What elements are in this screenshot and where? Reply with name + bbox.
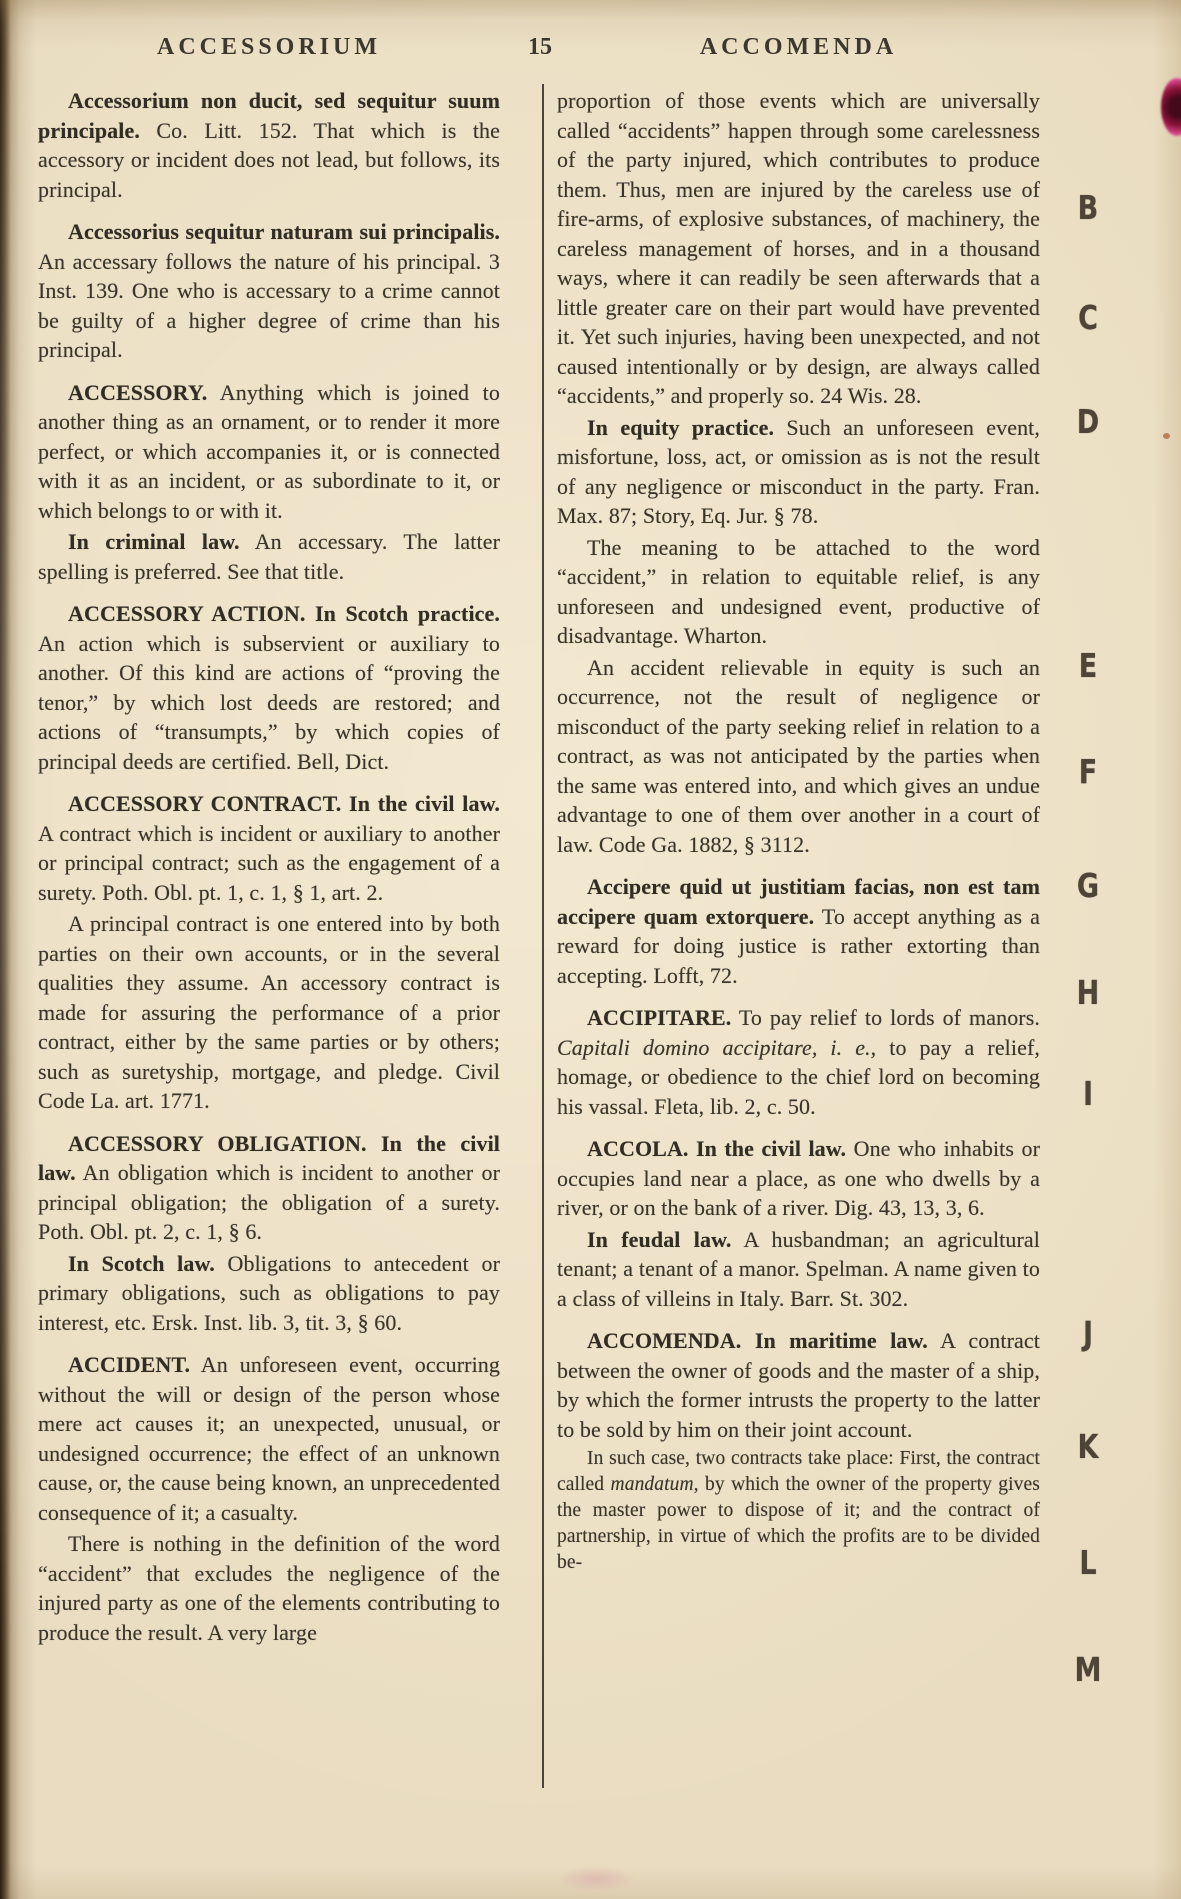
headword-text: ACCOMENDA. In maritime law. xyxy=(587,1328,928,1353)
paragraph: ACCIPITARE. To pay relief to lords of ma… xyxy=(557,1003,1040,1121)
headword-text: In equity practice. xyxy=(587,415,774,440)
paragraph: In criminal law. An accessary. The latte… xyxy=(38,527,500,586)
paragraph: Accessorius sequitur naturam sui princip… xyxy=(38,217,500,365)
headword-text: In criminal law. xyxy=(68,529,240,554)
thumb-index-letter-j: J xyxy=(1068,1314,1107,1353)
body-text: An unforeseen event, occurring without t… xyxy=(38,1352,500,1525)
body-text: There is nothing in the definition of th… xyxy=(38,1531,500,1645)
paragraph: A principal contract is one entered into… xyxy=(38,909,500,1116)
headword-text: In feudal law. xyxy=(587,1227,731,1252)
red-ink-blot xyxy=(1161,78,1181,136)
thumb-index-letter-c: C xyxy=(1068,298,1107,337)
thumb-index-letter-l: L xyxy=(1068,1543,1107,1582)
body-text: A contract which is incident or auxiliar… xyxy=(38,821,500,905)
headword-text: ACCIPITARE. xyxy=(587,1005,731,1030)
headword-text: In Scotch law. xyxy=(68,1251,215,1276)
paragraph: Accipere quid ut justitiam facias, non e… xyxy=(557,872,1040,990)
headword-text: ACCESSORY CONTRACT. In the civil law. xyxy=(68,791,500,816)
thumb-index-letter-g: G xyxy=(1068,866,1107,905)
left-column: Accessorium non ducit, sed sequitur suum… xyxy=(38,86,500,1856)
paragraph: In feudal law. A husbandman; an agricult… xyxy=(557,1225,1040,1314)
body-text: An obligation which is incident to anoth… xyxy=(38,1160,500,1244)
column-divider-rule xyxy=(542,84,544,1788)
thumb-index-letter-b: B xyxy=(1068,188,1107,227)
thumb-index-letter-m: M xyxy=(1068,1650,1107,1689)
paragraph: proportion of those events which are uni… xyxy=(557,86,1040,411)
paragraph: ACCOLA. In the civil law. One who inhabi… xyxy=(557,1134,1040,1223)
paragraph: In equity practice. Such an unforeseen e… xyxy=(557,413,1040,531)
paragraph: ACCIDENT. An unforeseen event, occurring… xyxy=(38,1350,500,1527)
paragraph: Accessorium non ducit, sed sequitur suum… xyxy=(38,86,500,204)
dictionary-page: ACCESSORIUM 15 ACCOMENDA Accessorium non… xyxy=(0,0,1181,1899)
paragraph: In such case, two contracts take place: … xyxy=(557,1446,1040,1576)
body-text: An accessary follows the nature of his p… xyxy=(38,249,500,363)
thumb-index-letter-i: I xyxy=(1068,1074,1107,1113)
headword-text: ACCIDENT. xyxy=(68,1352,190,1377)
paragraph: ACCOMENDA. In maritime law. A contract b… xyxy=(557,1326,1040,1444)
body-text: proportion of those events which are uni… xyxy=(557,88,1040,408)
thumb-index-letter-h: H xyxy=(1068,973,1107,1012)
headword-text: ACCOLA. In the civil law. xyxy=(587,1136,846,1161)
thumb-index-letter-e: E xyxy=(1068,646,1107,685)
pink-smudge xyxy=(556,1866,636,1892)
thumb-index-letter-f: F xyxy=(1068,752,1107,791)
italic-text: mandatum, xyxy=(611,1474,699,1495)
headword-text: Accessorius sequitur naturam sui princip… xyxy=(68,219,500,244)
right-column: proportion of those events which are uni… xyxy=(557,86,1040,1856)
header-left-word: ACCESSORIUM xyxy=(38,34,500,61)
paragraph: ACCESSORY ACTION. In Scotch practice. An… xyxy=(38,599,500,776)
body-text: A principal contract is one entered into… xyxy=(38,911,500,1113)
body-text: An action which is subservient or auxili… xyxy=(38,631,500,774)
headword-text: ACCESSORY. xyxy=(68,380,207,405)
italic-text: Capitali domino accipitare, i. e., xyxy=(557,1035,876,1060)
paragraph: ACCESSORY CONTRACT. In the civil law. A … xyxy=(38,789,500,907)
rust-speck xyxy=(1163,433,1170,439)
paragraph: An accident relievable in equity is such… xyxy=(557,653,1040,860)
headword-text: ACCESSORY ACTION. In Scotch practice. xyxy=(68,601,500,626)
paragraph: ACCESSORY. Anything which is joined to a… xyxy=(38,378,500,526)
body-text: The meaning to be attached to the word “… xyxy=(557,535,1040,649)
header-right-word: ACCOMENDA xyxy=(557,34,1040,61)
paragraph: There is nothing in the definition of th… xyxy=(38,1529,500,1647)
thumb-index-letter-k: K xyxy=(1068,1427,1107,1466)
body-text: An accident relievable in equity is such… xyxy=(557,655,1040,857)
paragraph: ACCESSORY OBLIGATION. In the civil law. … xyxy=(38,1129,500,1247)
running-head: ACCESSORIUM 15 ACCOMENDA xyxy=(0,34,1181,64)
thumb-index-letter-d: D xyxy=(1068,402,1107,441)
paragraph: In Scotch law. Obligations to antecedent… xyxy=(38,1249,500,1338)
paragraph: The meaning to be attached to the word “… xyxy=(557,533,1040,651)
body-text: To pay relief to lords of manors. xyxy=(731,1005,1040,1030)
